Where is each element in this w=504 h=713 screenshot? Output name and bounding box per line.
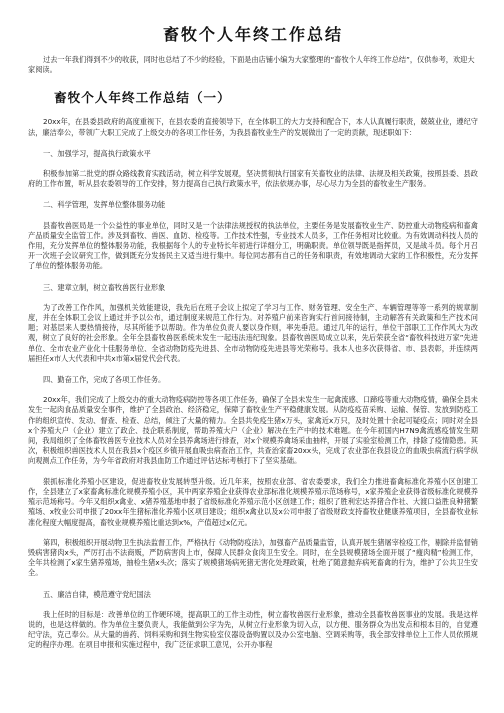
document-page: 畜牧个人年终工作总结 过去一年我们得到不少的收获，同时也总结了不少的经验，下面是… — [28, 0, 478, 651]
document-title: 畜牧个人年终工作总结 — [28, 0, 478, 46]
paragraph-3: 为了改善工作作风，加强机关效能建设，我先后在班子会议上拟定了学习与工作、财务管理… — [28, 303, 478, 364]
heading-2: 二、科学管理，发挥单位整体服务功能 — [28, 200, 478, 210]
paragraph-1: 积极参加第二批党的群众路线教育实践活动，树立科学发展观，坚决贯彻执行国家有关畜牧… — [28, 169, 478, 189]
paragraph-4a: 20xx年，我们完成了上级交办的重大动物疫病防控等各项工作任务，确保了全县未发生… — [28, 395, 478, 466]
paragraph-opening: 20xx年，在县委县政府的高度重视下，在县农委的直接领导下，在全体职工的大力支持… — [28, 117, 478, 137]
intro-paragraph: 过去一年我们得到不少的收获，同时也总结了不少的经验，下面是由店铺小编为大家整理的… — [28, 55, 478, 75]
paragraph-2: 县畜牧兽医局是一个公益性的事业单位，同时又是一个法律法规授权的执法单位，主要任务… — [28, 221, 478, 272]
paragraph-5: 我上任时的目标是：改善单位的工作硬环境，提高职工的工作主动性，树立畜牧兽医行业形… — [28, 610, 478, 651]
paragraph-4b: 狠抓标准化养殖小区建设，促进畜牧业发展转型升级。近几年来，按照农业部、省农委要求… — [28, 477, 478, 528]
heading-1: 一、加强学习，提高执行政策水平 — [28, 149, 478, 159]
heading-5: 五、廉洁自律，模范遵守党纪国法 — [28, 590, 478, 600]
paragraph-4c: 第四，积极组织开展动物卫生执法监督工作，严格执行《动物防疫法》，加强畜产品质量监… — [28, 538, 478, 579]
section-title: 畜牧个人年终工作总结（一） — [54, 89, 478, 107]
heading-3: 三、建章立制，树立畜牧兽医行业形象 — [28, 283, 478, 293]
heading-4: 四、勤奋工作，完成了各项工作任务。 — [28, 375, 478, 385]
